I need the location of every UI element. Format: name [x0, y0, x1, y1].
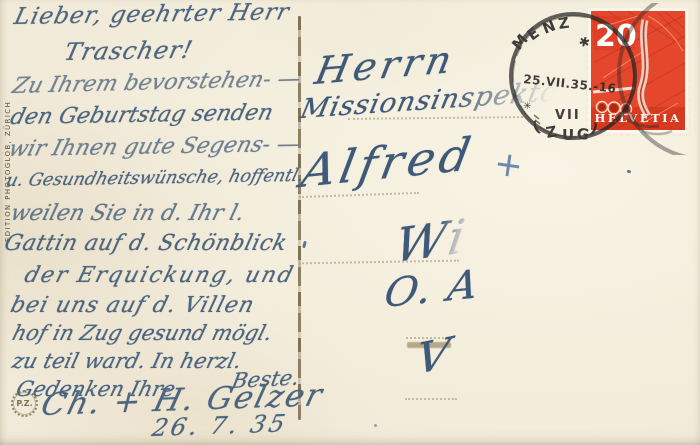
message-line: Gattin auf d. Schönblick: [2, 233, 289, 255]
ink-speck: [302, 241, 307, 249]
small-star-icon: ✳: [523, 101, 531, 112]
message-line: zu teil ward. In herzl.: [10, 351, 244, 372]
message-line: Lieber, geehrter Herr: [12, 1, 292, 29]
date-written: 26. 7. 35: [150, 411, 290, 440]
address-line: V: [414, 332, 452, 382]
star-icon: ✱: [577, 34, 591, 51]
message-line: Zu Ihrem bevorstehen- —: [10, 69, 303, 98]
postmark: M E N Z ✱ 25.VII.35.-16 VII ( Z U G ) ✳: [492, 3, 700, 155]
postmark-canton-letter: ): [588, 119, 601, 138]
ink-speck: [374, 424, 377, 427]
postmark-canton-letter: Z: [545, 122, 559, 142]
message-line: wir Ihnen gute Segens- —: [6, 134, 302, 161]
address-line: Herrn: [312, 40, 459, 90]
address-line: Alfred: [298, 131, 478, 194]
message-line: den Geburtstag senden: [8, 102, 275, 129]
second-postmark-arc: [619, 3, 700, 155]
message-line: der Erquickung, und: [22, 265, 297, 287]
postmark-month: VII: [555, 108, 581, 123]
message-line: hof in Zug gesund mögl.: [10, 323, 275, 344]
address-ruling-line: [405, 398, 457, 400]
message-line: u. Gesundheitswünsche, hoffentl.: [4, 168, 306, 191]
message-line: weilen Sie in d. Ihr l.: [8, 203, 247, 225]
postmark-canton-letter: U: [562, 126, 574, 144]
address-line: Wi: [392, 213, 471, 270]
address-line: O. A: [382, 265, 482, 314]
postmark-date: 25.VII.35.-16: [523, 72, 617, 96]
message-line: bei uns auf d. Villen: [8, 295, 257, 317]
message-line: Trascher!: [62, 38, 195, 64]
postcard-back: EDITION PHOTOGLOB, ZÜRICH P.Z. Lieber, g…: [0, 0, 700, 445]
ink-speck: [627, 169, 632, 173]
